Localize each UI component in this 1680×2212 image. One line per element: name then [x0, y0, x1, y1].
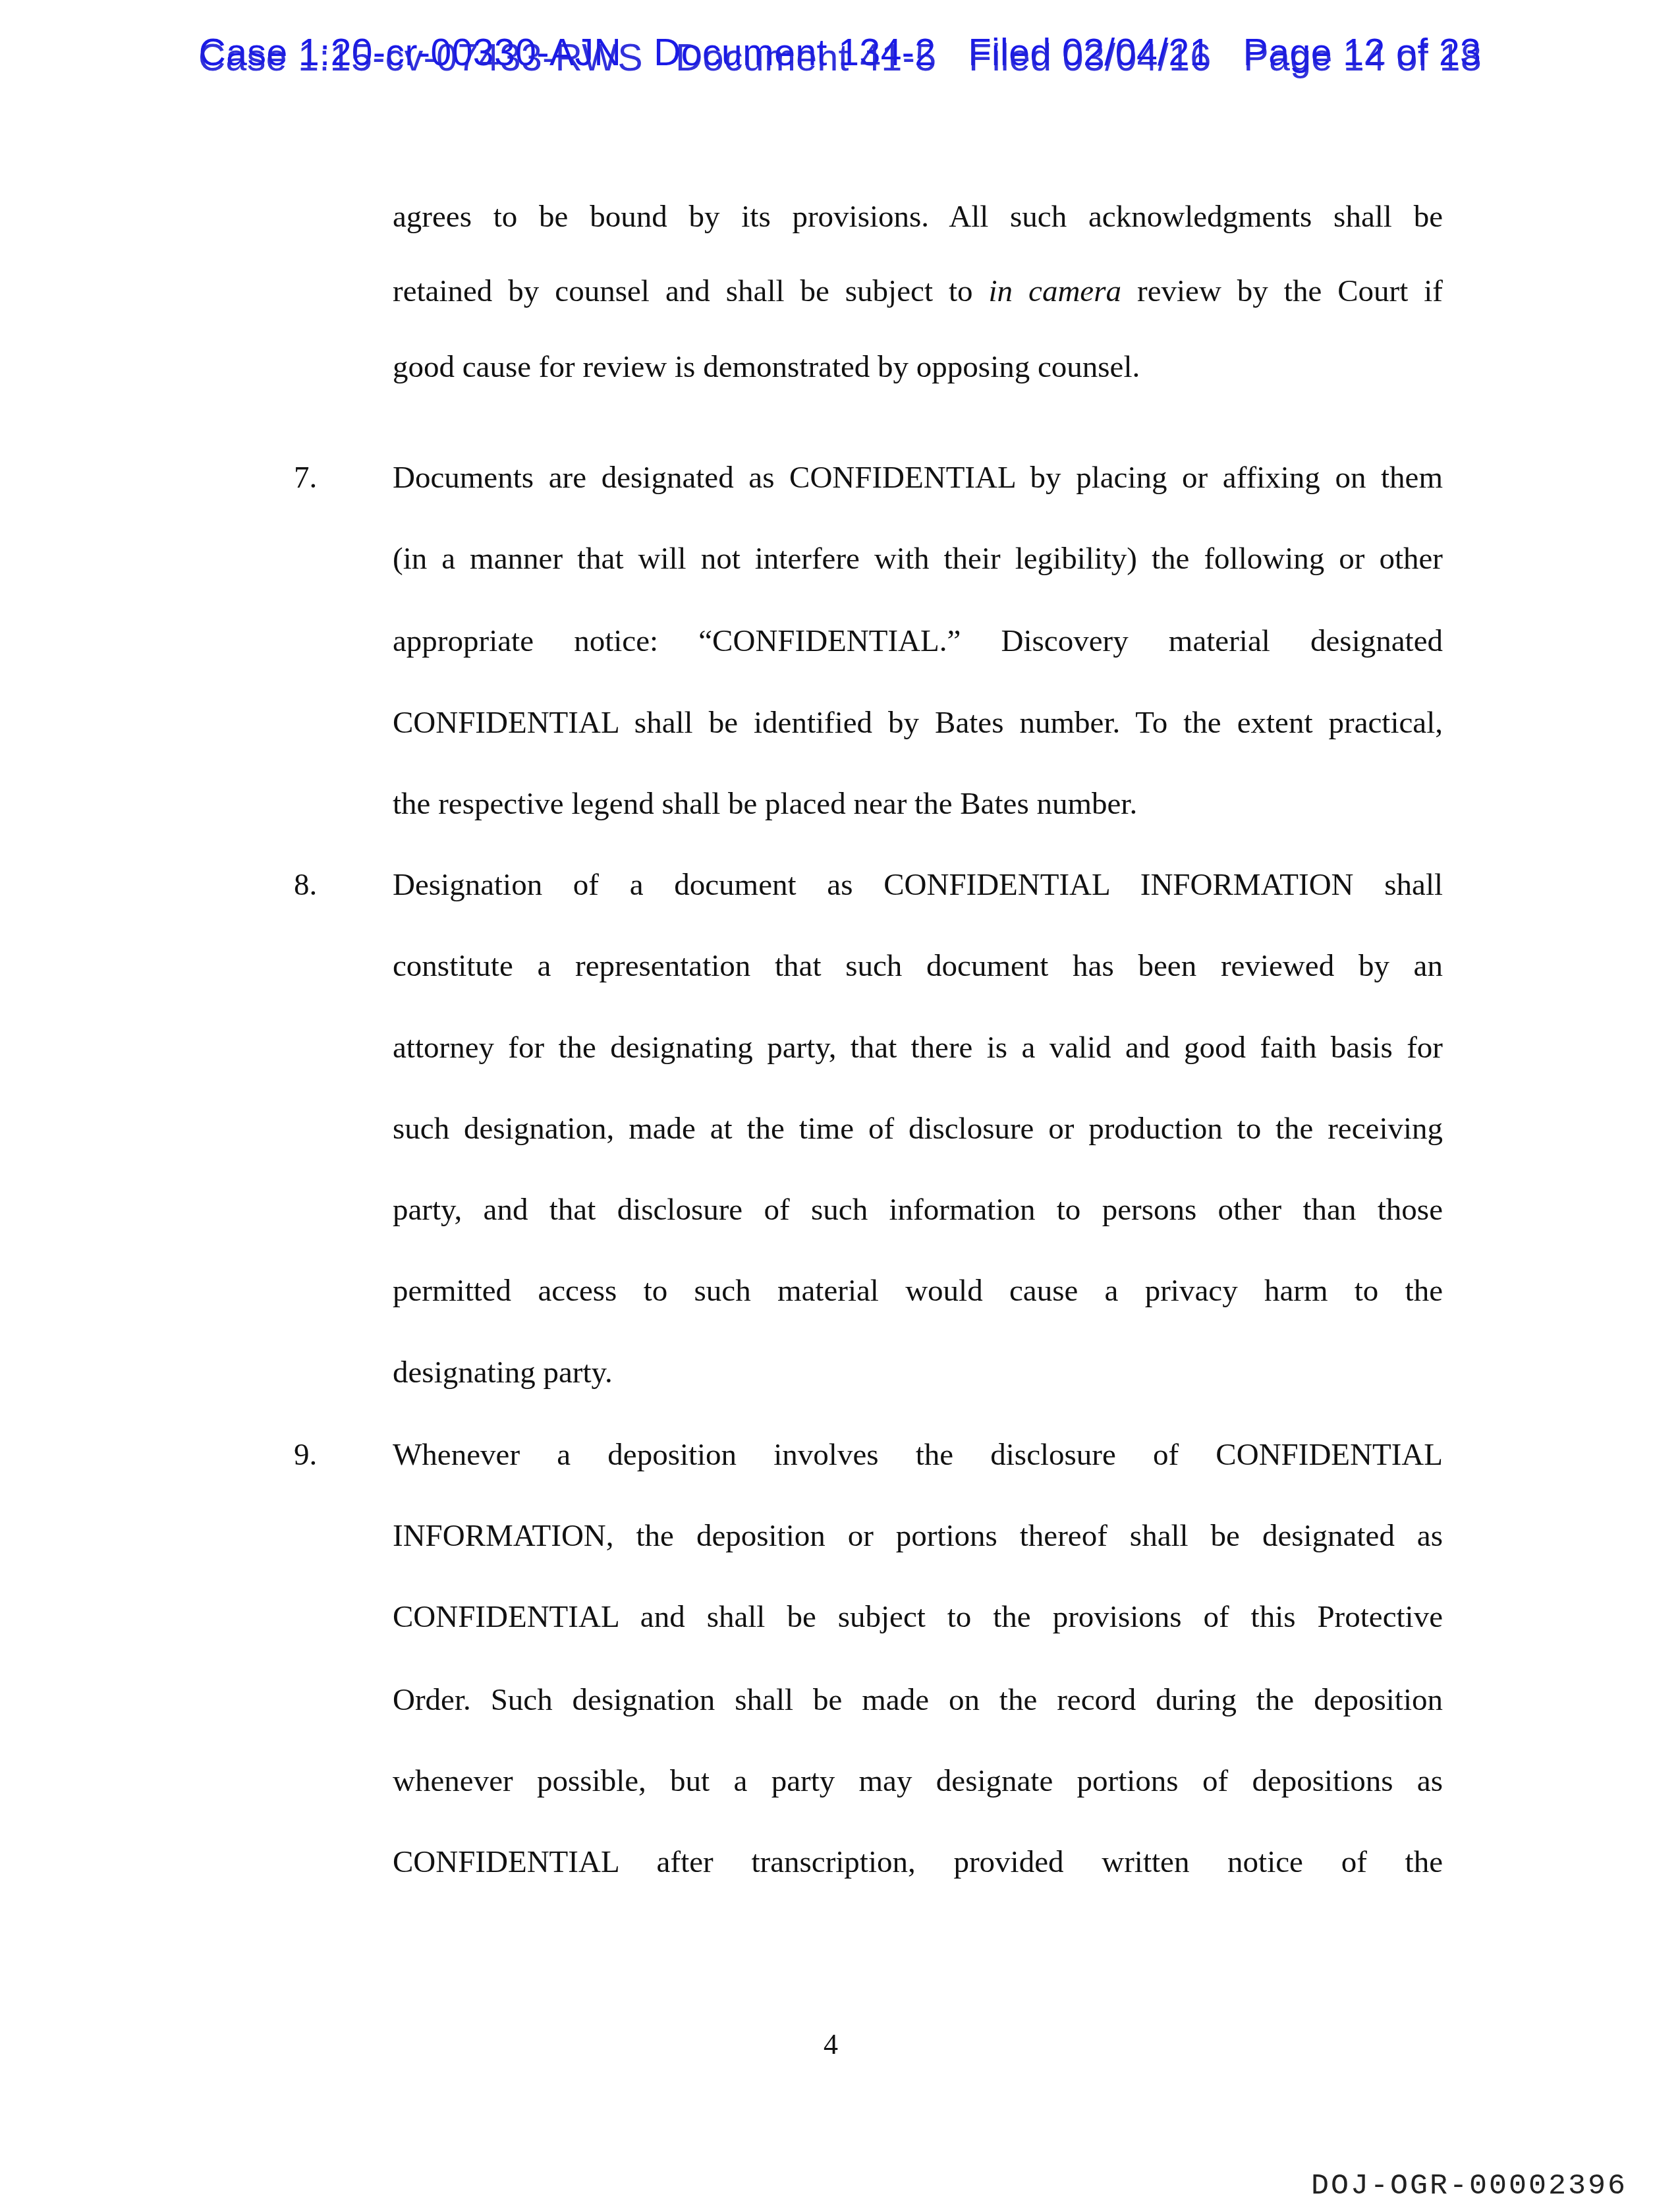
text-line: attorney for the designating party, that… [393, 1029, 1443, 1066]
text-line: CONFIDENTIAL and shall be subject to the… [393, 1599, 1443, 1635]
text-line: Designation of a document as CONFIDENTIA… [393, 866, 1443, 903]
paragraph-number: 8. [294, 866, 317, 903]
text-line: (in a manner that will not interfere wit… [393, 540, 1443, 577]
text-line: Whenever a deposition involves the discl… [393, 1436, 1443, 1473]
text-line: Order. Such designation shall be made on… [393, 1682, 1443, 1718]
text-line: CONFIDENTIAL after transcription, provid… [393, 1844, 1443, 1881]
text-line: appropriate notice: “CONFIDENTIAL.” Disc… [393, 623, 1443, 660]
bates-number: DOJ-OGR-00002396 [1311, 2168, 1627, 2205]
text-line: INFORMATION, the deposition or portions … [393, 1517, 1443, 1554]
text-line: such designation, made at the time of di… [393, 1110, 1443, 1147]
text-line: retained by counsel and shall be subject… [393, 273, 1443, 310]
text-line: good cause for review is demonstrated by… [393, 349, 1443, 385]
text-line: CONFIDENTIAL shall be identified by Bate… [393, 704, 1443, 741]
text-line: whenever possible, but a party may desig… [393, 1763, 1443, 1800]
filing-stamp-header-2: Case 1:15-cv-07433-RWS Document 41-5 Fil… [0, 37, 1680, 79]
text-line: permitted access to such material would … [393, 1272, 1443, 1309]
text-line: agrees to be bound by its provisions. Al… [393, 198, 1443, 235]
paragraph-number: 7. [294, 459, 317, 496]
text-line: designating party. [393, 1354, 1443, 1391]
paragraph-number: 9. [294, 1436, 317, 1473]
text-line: constitute a representation that such do… [393, 948, 1443, 984]
text-line: party, and that disclosure of such infor… [393, 1191, 1443, 1228]
page-number: 4 [824, 2026, 838, 2063]
text-line: Documents are designated as CONFIDENTIAL… [393, 459, 1443, 496]
text-line: the respective legend shall be placed ne… [393, 785, 1443, 822]
italic-phrase: in camera [989, 274, 1122, 308]
